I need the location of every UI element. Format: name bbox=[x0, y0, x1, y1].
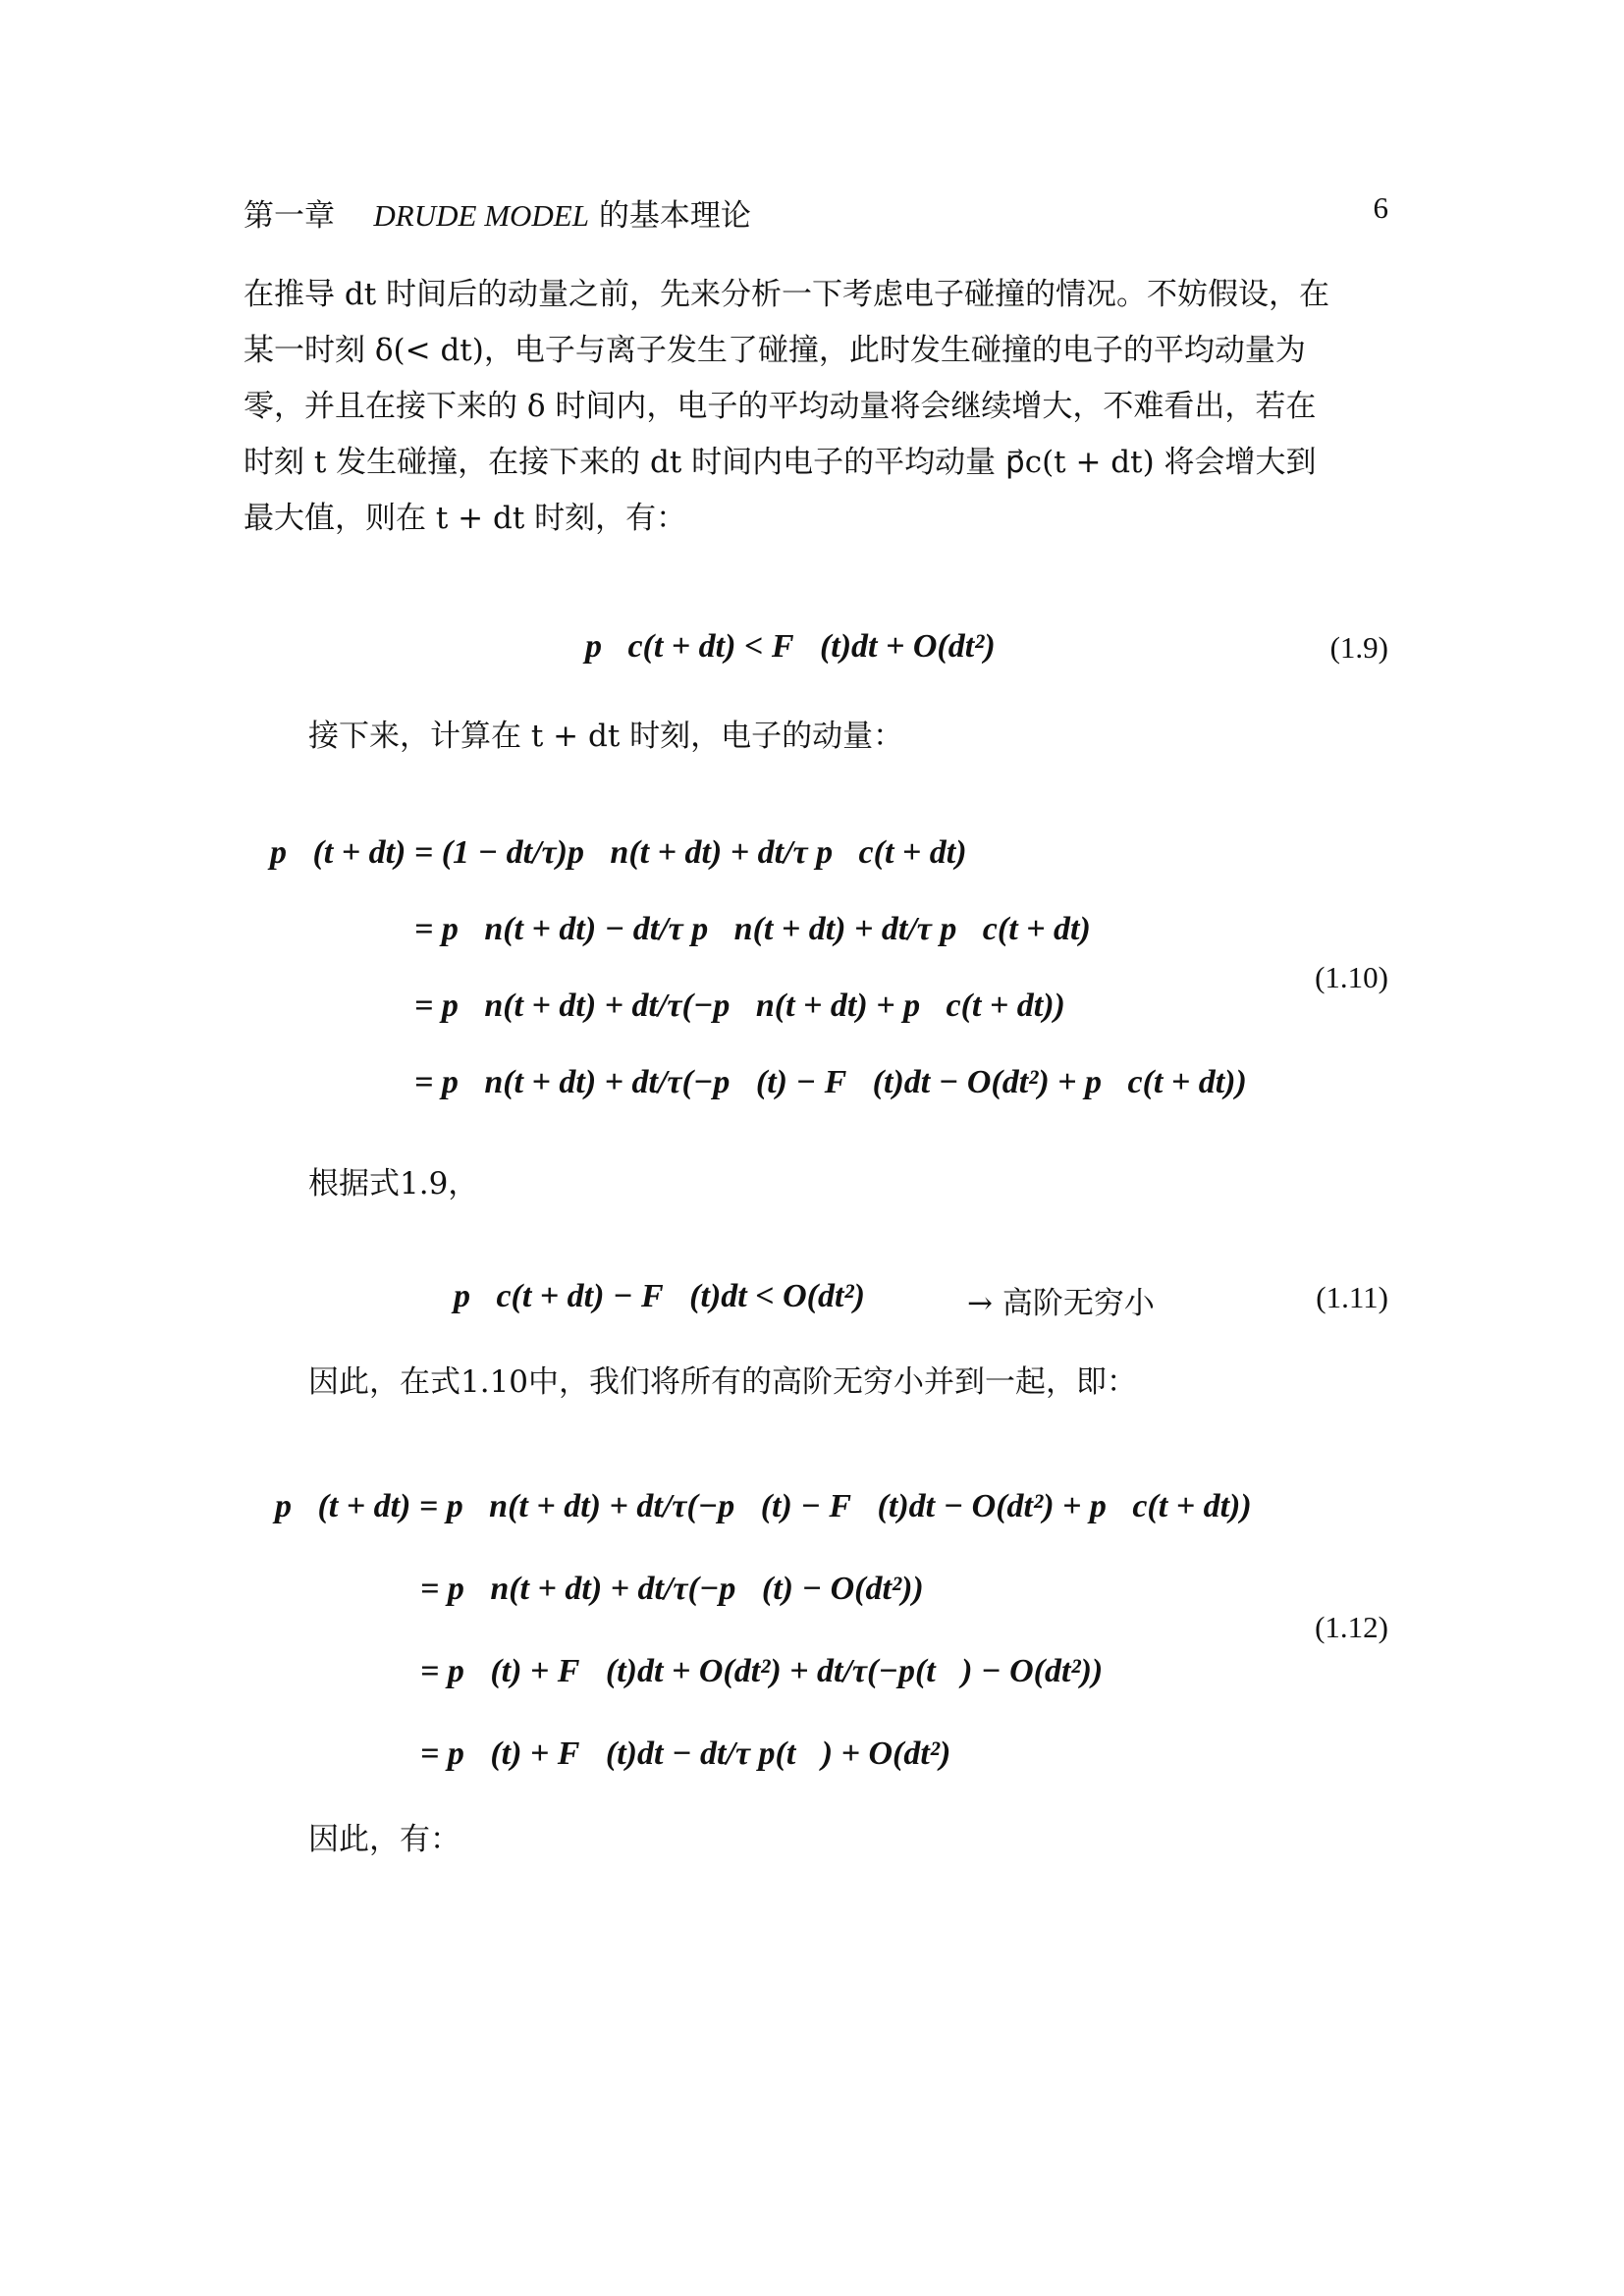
equation-note: → 高阶无穷小 bbox=[967, 1278, 1155, 1322]
paragraph-therefore: 因此，有： bbox=[308, 1812, 1388, 1868]
equation-number: (1.12) bbox=[1315, 1610, 1388, 1645]
equation-line: = p⃗(t) + F⃗(t)dt + O(dt²) + dt/τ(−p(t⃗)… bbox=[420, 1653, 1103, 1690]
paragraph-combine-terms: 因此，在式1.10中，我们将所有的高阶无穷小并到一起，即： bbox=[308, 1355, 1388, 1411]
equation-line: = p⃗n(t + dt) + dt/τ(−p⃗(t) − F⃗(t)dt − … bbox=[414, 1064, 1247, 1101]
equation-line: = p⃗n(t + dt) + dt/τ(−p⃗(t) − O(dt²)) bbox=[420, 1571, 924, 1608]
equation-expr: p⃗c(t + dt) − F⃗(t)dt < O(dt²) bbox=[454, 1278, 865, 1314]
equation-expr: p⃗c(t + dt) < F⃗(t)dt + O(dt²) bbox=[585, 628, 996, 665]
equation-number: (1.11) bbox=[1316, 1280, 1388, 1315]
equation-line: = p⃗n(t + dt) + dt/τ(−p⃗n(t + dt) + p⃗c(… bbox=[414, 988, 1065, 1025]
running-header: 第一章 DRUDE MODEL 的基本理论 6 bbox=[244, 187, 1388, 234]
page-number: 6 bbox=[1374, 190, 1389, 226]
paragraph-according-to: 根据式1.9， bbox=[308, 1156, 1388, 1212]
equation-number: (1.9) bbox=[1330, 630, 1388, 666]
equation-number: (1.10) bbox=[1315, 960, 1388, 995]
text-line: 时刻 t 发生碰撞，在接下来的 dt 时间内电子的平均动量 p⃗c(t + dt… bbox=[244, 435, 1388, 491]
paragraph-compute-momentum: 接下来，计算在 t + dt 时刻，电子的动量： bbox=[308, 709, 1388, 765]
text-line: 在推导 dt 时间后的动量之前，先来分析一下考虑电子碰撞的情况。不妨假设，在 bbox=[244, 267, 1388, 323]
equation-1-9: p⃗c(t + dt) < F⃗(t)dt + O(dt²) bbox=[585, 628, 996, 666]
text-line: 零，并且在接下来的 δ 时间内，电子的平均动量将会继续增大，不难看出，若在 bbox=[244, 379, 1388, 435]
equation-line: = p⃗(t) + F⃗(t)dt − dt/τ p(t⃗) + O(dt²) bbox=[420, 1735, 950, 1773]
text-line: 某一时刻 δ(< dt)，电子与离子发生了碰撞，此时发生碰撞的电子的平均动量为 bbox=[244, 323, 1388, 379]
text-line: 最大值，则在 t + dt 时刻，有： bbox=[244, 491, 1388, 547]
chapter-label: 第一章 bbox=[244, 198, 335, 234]
chapter-title-zh: 的基本理论 bbox=[599, 198, 751, 234]
chapter-title-en: DRUDE MODEL bbox=[373, 198, 589, 233]
equation-line: p⃗(t + dt) = (1 − dt/τ)p⃗n(t + dt) + dt/… bbox=[270, 834, 967, 872]
equation-line: = p⃗n(t + dt) − dt/τ p⃗n(t + dt) + dt/τ … bbox=[414, 911, 1091, 948]
chapter-title: 第一章 DRUDE MODEL 的基本理论 bbox=[244, 190, 751, 235]
equation-1-11: p⃗c(t + dt) − F⃗(t)dt < O(dt²) bbox=[454, 1278, 865, 1315]
equation-line: p⃗(t + dt) = p⃗n(t + dt) + dt/τ(−p⃗(t) −… bbox=[275, 1488, 1252, 1525]
paragraph-collision-analysis: 在推导 dt 时间后的动量之前，先来分析一下考虑电子碰撞的情况。不妨假设，在 某… bbox=[244, 267, 1388, 547]
